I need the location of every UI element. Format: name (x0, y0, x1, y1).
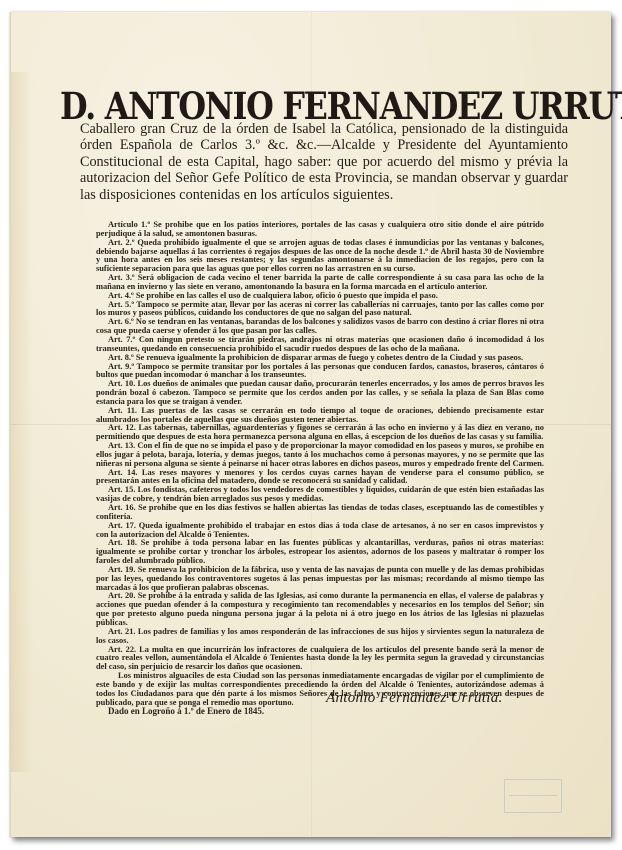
document-title: D. ANTONIO FERNANDEZ URRUTIA, (60, 86, 507, 126)
article: Art. 16. Se prohibe que en los dias fest… (96, 504, 544, 522)
archive-stamp (504, 779, 562, 813)
article: Art. 14. Las reses mayores y menores y l… (96, 469, 544, 487)
article: Art. 19. Se renueva la prohibicion de la… (96, 566, 544, 593)
article: Art. 9.º Tampoco se permite transitar po… (96, 363, 544, 381)
signature: Antonio Fernandez Urrutia. (326, 690, 503, 707)
article: Art. 17. Queda igualmente prohibido el t… (96, 522, 544, 540)
article: Art. 11. Las puertas de las casas se cer… (96, 407, 544, 425)
article: Art. 20. Se prohibe á la entrada y salid… (96, 592, 544, 627)
article: Art. 22. La multa en que incurrirán los … (96, 646, 544, 673)
date-line: Dado en Logroño á 1.º de Enero de 1845. (96, 707, 544, 716)
article: Art. 3.º Será obligacion de cada vecino … (96, 274, 544, 292)
article: Art. 2.º Queda prohibido igualmente el q… (96, 239, 544, 274)
article: Art. 5.º Tampoco se permite atar, llevar… (96, 301, 544, 319)
article: Art. 15. Los fondistas, cafeteros y todo… (96, 486, 544, 504)
article: Art. 6.º No se tendran en las ventanas, … (96, 318, 544, 336)
article: Art. 7.º Con ningun pretesto se tirarán … (96, 336, 544, 354)
article: Art. 21. Los padres de familias y los am… (96, 628, 544, 646)
article: Art. 18. Se prohibe á toda persona labar… (96, 539, 544, 566)
article: Artículo 1.º Se prohibe que en los patio… (96, 221, 544, 239)
article: Art. 12. Las tabernas, tabernillas, agua… (96, 424, 544, 442)
articles-list: Artículo 1.º Se prohibe que en los patio… (96, 221, 544, 716)
article: Art. 10. Los dueños de animales que pued… (96, 380, 544, 407)
article: Art. 13. Con el fin de que no se impida … (96, 442, 544, 469)
document-intro: Caballero gran Cruz de la órden de Isabe… (80, 121, 568, 203)
paper-stain (11, 72, 33, 772)
